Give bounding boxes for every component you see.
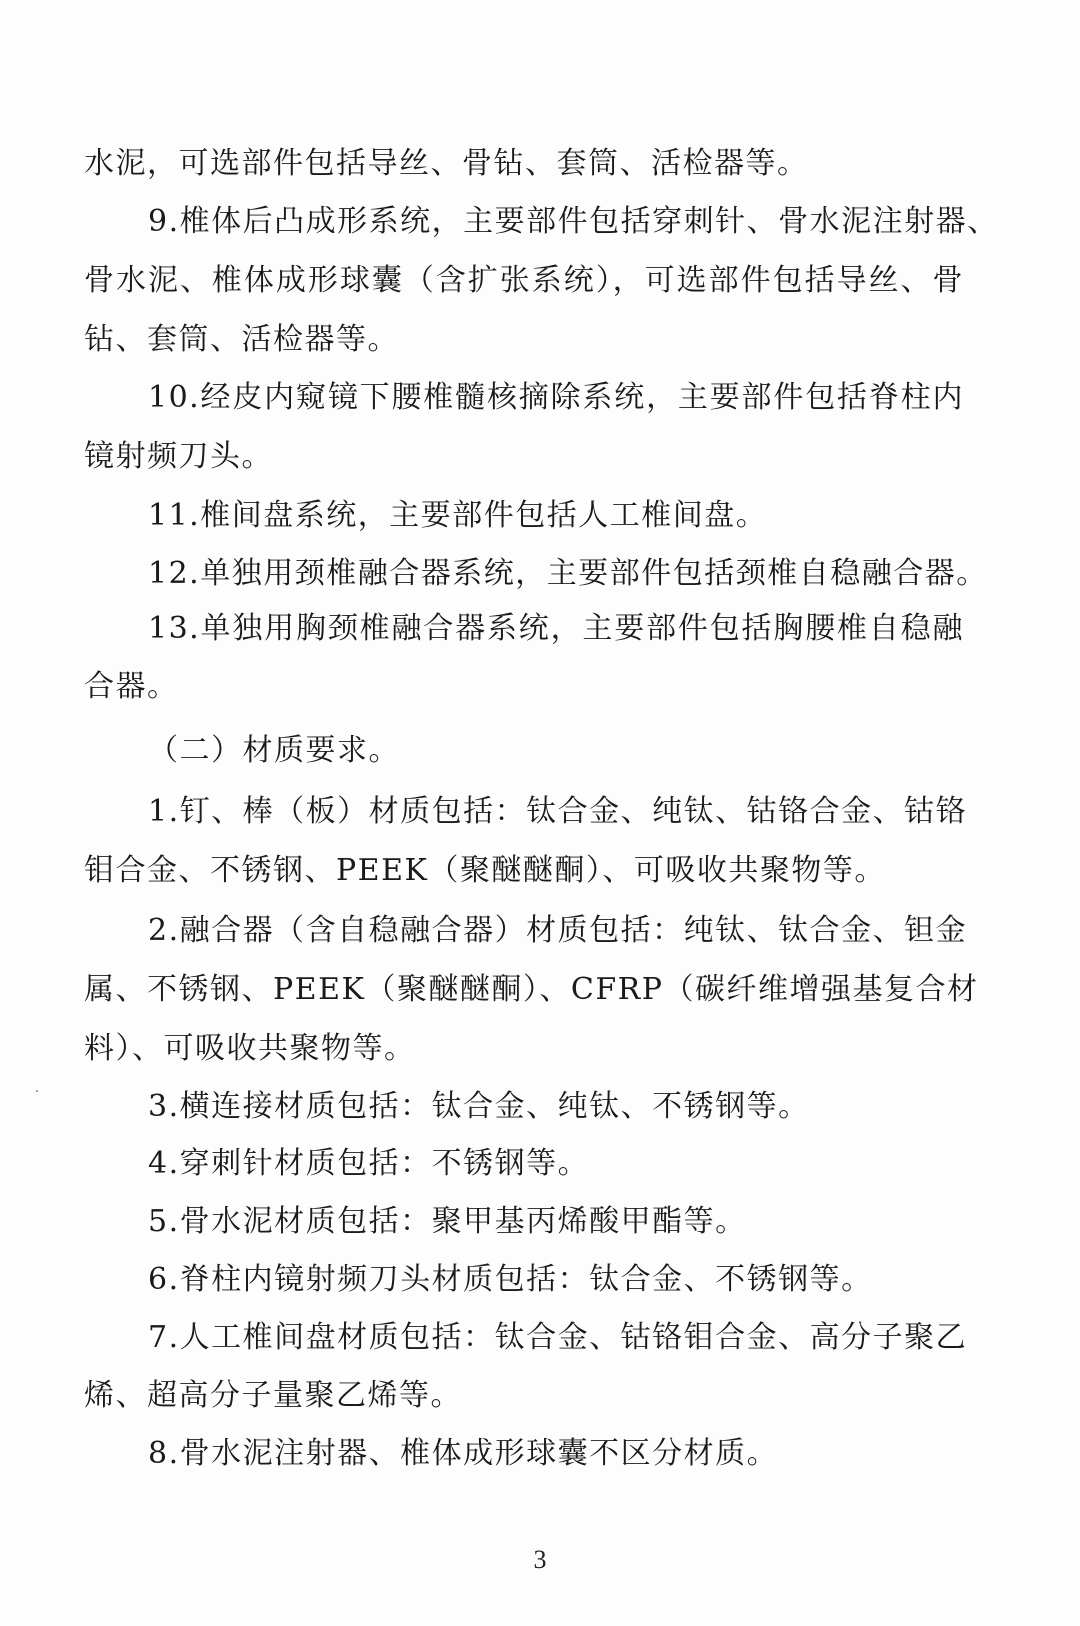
text-line: 1.钉、棒（板）材质包括：钛合金、纯钛、钴铬合金、钴铬	[148, 792, 964, 832]
text-line: 13.单独用胸颈椎融合器系统，主要部件包括胸腰椎自稳融	[148, 609, 964, 649]
text-line: 9.椎体后凸成形系统，主要部件包括穿刺针、骨水泥注射器、	[148, 202, 964, 242]
text-line: 合器。	[84, 667, 964, 707]
text-line: 4.穿刺针材质包括：不锈钢等。	[148, 1144, 964, 1184]
text-line: 骨水泥、椎体成形球囊（含扩张系统），可选部件包括导丝、骨	[84, 261, 964, 301]
scan-speck	[36, 1090, 38, 1092]
text-line: 12.单独用颈椎融合器系统，主要部件包括颈椎自稳融合器。	[148, 554, 964, 594]
text-line: 5.骨水泥材质包括：聚甲基丙烯酸甲酯等。	[148, 1202, 964, 1242]
document-page: 水泥，可选部件包括导丝、骨钻、套筒、活检器等。9.椎体后凸成形系统，主要部件包括…	[0, 0, 1080, 1626]
text-line: 11.椎间盘系统，主要部件包括人工椎间盘。	[148, 496, 964, 536]
text-line: 10.经皮内窥镜下腰椎髓核摘除系统，主要部件包括脊柱内	[148, 378, 964, 418]
text-line: 3.横连接材质包括：钛合金、纯钛、不锈钢等。	[148, 1087, 964, 1127]
text-line: （二）材质要求。	[148, 731, 964, 771]
text-line: 7.人工椎间盘材质包括：钛合金、钴铬钼合金、高分子聚乙	[148, 1318, 964, 1358]
text-line: 钼合金、不锈钢、PEEK（聚醚醚酮）、可吸收共聚物等。	[84, 851, 964, 891]
text-line: 烯、超高分子量聚乙烯等。	[84, 1376, 964, 1416]
text-line: 6.脊柱内镜射频刀头材质包括：钛合金、不锈钢等。	[148, 1260, 964, 1300]
text-line: 2.融合器（含自稳融合器）材质包括：纯钛、钛合金、钽金	[148, 911, 964, 951]
page-number: 3	[0, 1545, 1080, 1575]
text-line: 8.骨水泥注射器、椎体成形球囊不区分材质。	[148, 1434, 964, 1474]
text-line: 镜射频刀头。	[84, 437, 964, 477]
text-line: 料）、可吸收共聚物等。	[84, 1029, 964, 1069]
text-line: 水泥，可选部件包括导丝、骨钻、套筒、活检器等。	[84, 144, 964, 184]
text-line: 钻、套筒、活检器等。	[84, 320, 964, 360]
text-line: 属、不锈钢、PEEK（聚醚醚酮）、CFRP（碳纤维增强基复合材	[84, 970, 964, 1010]
